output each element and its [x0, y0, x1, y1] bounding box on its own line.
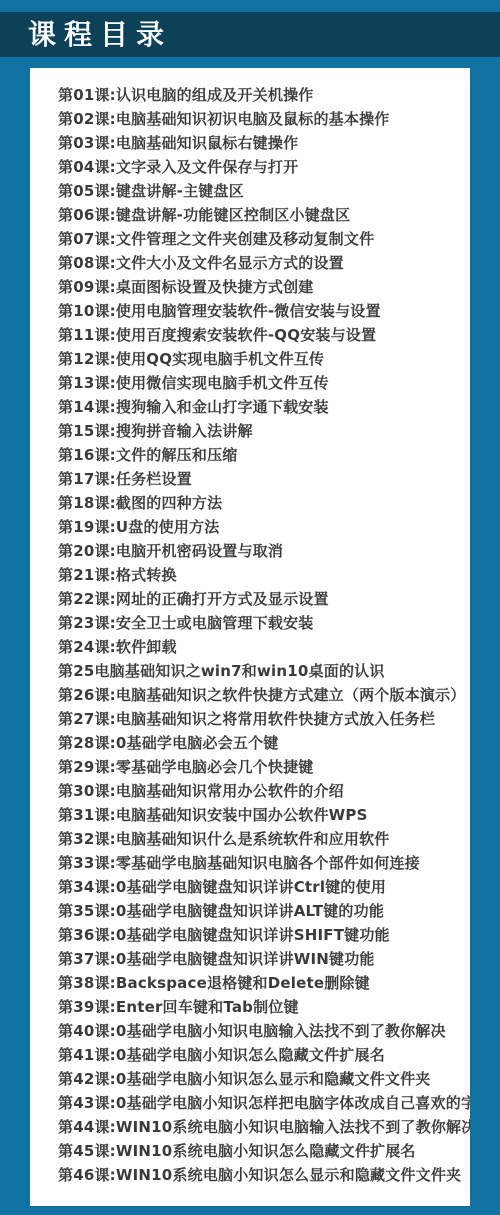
- course-list-item: 第45课:WIN10系统电脑小知识怎么隐藏文件扩展名: [58, 1139, 460, 1163]
- course-list-item: 第27课:电脑基础知识之将常用软件快捷方式放入任务栏: [58, 707, 460, 731]
- course-list-item: 第40课:0基础学电脑小知识电脑输入法找不到了教你解决: [58, 1019, 460, 1043]
- course-list-item: 第32课:电脑基础知识什么是系统软件和应用软件: [58, 827, 460, 851]
- course-list-item: 第42课:0基础学电脑小知识怎么显示和隐藏文件文件夹: [58, 1067, 460, 1091]
- course-list-item: 第07课:文件管理之文件夹创建及移动复制文件: [58, 227, 460, 251]
- course-list: 第01课:认识电脑的组成及开关机操作第02课:电脑基础知识初识电脑及鼠标的基本操…: [58, 83, 460, 1187]
- course-list-item: 第06课:键盘讲解-功能键区控制区小键盘区: [58, 203, 460, 227]
- course-list-item: 第18课:截图的四种方法: [58, 491, 460, 515]
- course-list-item: 第41课:0基础学电脑小知识怎么隐藏文件扩展名: [58, 1043, 460, 1067]
- course-list-item: 第01课:认识电脑的组成及开关机操作: [58, 83, 460, 107]
- course-list-item: 第19课:U盘的使用方法: [58, 515, 460, 539]
- page-title: 课程目录: [0, 12, 172, 57]
- course-list-item: 第43课:0基础学电脑小知识怎样把电脑字体改成自己喜欢的字体: [58, 1091, 460, 1115]
- course-list-item: 第33课:零基础学电脑基础知识电脑各个部件如何连接: [58, 851, 460, 875]
- course-list-item: 第37课:0基础学电脑键盘知识详讲WIN键功能: [58, 947, 460, 971]
- top-background-strip: [0, 0, 500, 12]
- course-list-item: 第22课:网址的正确打开方式及显示设置: [58, 587, 460, 611]
- course-list-item: 第20课:电脑开机密码设置与取消: [58, 539, 460, 563]
- course-list-item: 第13课:使用微信实现电脑手机文件互传: [58, 371, 460, 395]
- course-list-item: 第10课:使用电脑管理安装软件-微信安装与设置: [58, 299, 460, 323]
- course-list-item: 第17课:任务栏设置: [58, 467, 460, 491]
- course-list-item: 第39课:Enter回车键和Tab制位键: [58, 995, 460, 1019]
- course-list-item: 第21课:格式转换: [58, 563, 460, 587]
- course-list-item: 第14课:搜狗输入和金山打字通下载安装: [58, 395, 460, 419]
- course-list-item: 第11课:使用百度搜索安装软件-QQ安装与设置: [58, 323, 460, 347]
- course-list-item: 第46课:WIN10系统电脑小知识怎么显示和隐藏文件文件夹: [58, 1163, 460, 1187]
- course-list-item: 第28课:0基础学电脑必会五个键: [58, 731, 460, 755]
- course-list-item: 第26课:电脑基础知识之软件快捷方式建立（两个版本演示）: [58, 683, 460, 707]
- course-list-item: 第12课:使用QQ实现电脑手机文件互传: [58, 347, 460, 371]
- course-list-item: 第25电脑基础知识之win7和win10桌面的认识: [58, 659, 460, 683]
- course-list-item: 第02课:电脑基础知识初识电脑及鼠标的基本操作: [58, 107, 460, 131]
- course-list-item: 第04课:文字录入及文件保存与打开: [58, 155, 460, 179]
- header-bar: 课程目录: [0, 12, 500, 57]
- course-list-item: 第15课:搜狗拼音输入法讲解: [58, 419, 460, 443]
- course-list-item: 第38课:Backspace退格键和Delete删除键: [58, 971, 460, 995]
- course-list-item: 第29课:零基础学电脑必会几个快捷键: [58, 755, 460, 779]
- course-list-item: 第44课:WIN10系统电脑小知识电脑输入法找不到了教你解决: [58, 1115, 460, 1139]
- course-list-item: 第24课:软件卸载: [58, 635, 460, 659]
- course-list-item: 第05课:键盘讲解-主键盘区: [58, 179, 460, 203]
- course-list-item: 第30课:电脑基础知识常用办公软件的介绍: [58, 779, 460, 803]
- course-list-item: 第09课:桌面图标设置及快捷方式创建: [58, 275, 460, 299]
- course-list-item: 第08课:文件大小及文件名显示方式的设置: [58, 251, 460, 275]
- course-list-item: 第36课:0基础学电脑键盘知识详讲SHIFT键功能: [58, 923, 460, 947]
- course-list-card: 第01课:认识电脑的组成及开关机操作第02课:电脑基础知识初识电脑及鼠标的基本操…: [30, 68, 470, 1206]
- course-list-item: 第16课:文件的解压和压缩: [58, 443, 460, 467]
- course-list-item: 第35课:0基础学电脑键盘知识详讲ALT键的功能: [58, 899, 460, 923]
- course-list-item: 第23课:安全卫士或电脑管理下载安装: [58, 611, 460, 635]
- course-list-item: 第03课:电脑基础知识鼠标右键操作: [58, 131, 460, 155]
- course-list-item: 第34课:0基础学电脑键盘知识详讲Ctrl键的使用: [58, 875, 460, 899]
- course-list-item: 第31课:电脑基础知识安装中国办公软件WPS: [58, 803, 460, 827]
